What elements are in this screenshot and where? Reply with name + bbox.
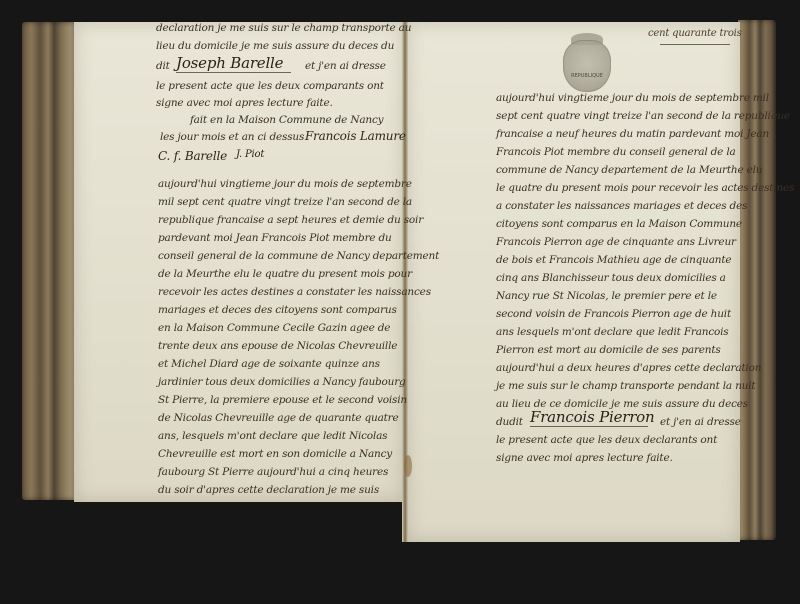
- folio-number-note: cent quarante trois: [648, 28, 742, 39]
- text-line: Francois Piot membre du conseil general …: [496, 146, 736, 158]
- text-line: les jour mois et an ci dessus: [160, 131, 304, 143]
- text-line: mil sept cent quatre vingt treize l'an s…: [158, 196, 412, 208]
- text-line: signe avec moi apres lecture faite.: [496, 452, 673, 464]
- text-line: trente deux ans epouse de Nicolas Chevre…: [158, 340, 397, 352]
- text-line: commune de Nancy departement de la Meurt…: [496, 164, 762, 176]
- text-line: a constater les naissances mariages et d…: [496, 200, 747, 212]
- text-line: jardinier tous deux domicilies a Nancy f…: [158, 376, 406, 388]
- text-line: de bois et Francois Mathieu age de cinqu…: [496, 254, 731, 266]
- signature: C. f. Barelle: [158, 149, 227, 163]
- text-line: cinq ans Blanchisseur tous deux domicili…: [496, 272, 726, 284]
- text-line: le present acte que les deux declarants …: [496, 434, 717, 446]
- text-line: de la Meurthe elu le quatre du present m…: [158, 268, 412, 280]
- text-line: le quatre du present mois pour recevoir …: [496, 182, 794, 194]
- paper-stain: [404, 455, 412, 477]
- text-line: aujourd'hui a deux heures d'apres cette …: [496, 362, 761, 374]
- text-line: Pierron est mort au domicile de ses pare…: [496, 344, 721, 356]
- deceased-name: Francois Pierron: [530, 408, 654, 426]
- text-line: aujourd'hui vingtieme jour du mois de se…: [158, 178, 412, 190]
- text-line: en la Maison Commune Cecile Gazin agee d…: [158, 322, 390, 334]
- text-line: ans lesquels m'ont declare que ledit Fra…: [496, 326, 729, 338]
- official-stamp: [563, 40, 611, 92]
- text-line: dit: [156, 60, 170, 72]
- signature: Francois Lamure: [305, 129, 406, 143]
- text-line: citoyens sont comparus en la Maison Comm…: [496, 218, 742, 230]
- text-line: Francois Pierron age de cinquante ans Li…: [496, 236, 736, 248]
- text-line: le present acte que les deux comparants …: [156, 80, 384, 92]
- text-line: fait en la Maison Commune de Nancy: [190, 114, 383, 126]
- text-line: du soir d'apres cette declaration je me …: [158, 484, 379, 496]
- text-line: faubourg St Pierre aujourd'hui a cinq he…: [158, 466, 388, 478]
- deceased-name: Joseph Barelle: [176, 54, 283, 72]
- signature: J. Piot: [236, 149, 264, 160]
- text-line: et j'en ai dresse: [305, 60, 386, 72]
- text-line: sept cent quatre vingt treize l'an secon…: [496, 110, 790, 122]
- text-line: je me suis sur le champ transporte penda…: [496, 380, 755, 392]
- text-line: declaration je me suis sur le champ tran…: [156, 22, 411, 34]
- text-line: lieu du domicile je me suis assure du de…: [156, 40, 394, 52]
- text-line: second voisin de Francois Pierron age de…: [496, 308, 731, 320]
- stamp-text: REPUBLIQUE: [566, 73, 608, 79]
- text-line: de Nicolas Chevreuille age de quarante q…: [158, 412, 399, 424]
- text-line: mariages et deces des citoyens sont comp…: [158, 304, 397, 316]
- text-line: et Michel Diard age de soixante quinze a…: [158, 358, 380, 370]
- text-line: recevoir les actes destines a constater …: [158, 286, 431, 298]
- open-register-book: declaration je me suis sur le champ tran…: [0, 0, 800, 604]
- text-line: pardevant moi Jean Francois Piot membre …: [158, 232, 392, 244]
- text-line: signe avec moi apres lecture faite.: [156, 97, 333, 109]
- text-line: ans, lesquels m'ont declare que ledit Ni…: [158, 430, 387, 442]
- text-line: St Pierre, la premiere epouse et le seco…: [158, 394, 407, 406]
- text-line: conseil general de la commune de Nancy d…: [158, 250, 439, 262]
- left-page-edges: [22, 22, 74, 500]
- text-line: republique francaise a sept heures et de…: [158, 214, 423, 226]
- text-line: francaise a neuf heures du matin pardeva…: [496, 128, 769, 140]
- text-line: aujourd'hui vingtieme jour du mois de se…: [496, 92, 769, 104]
- text-line: et j'en ai dresse: [660, 416, 741, 428]
- text-line: Chevreuille est mort en son domicile a N…: [158, 448, 392, 460]
- text-line: Nancy rue St Nicolas, le premier pere et…: [496, 290, 717, 302]
- text-line: dudit: [496, 416, 523, 428]
